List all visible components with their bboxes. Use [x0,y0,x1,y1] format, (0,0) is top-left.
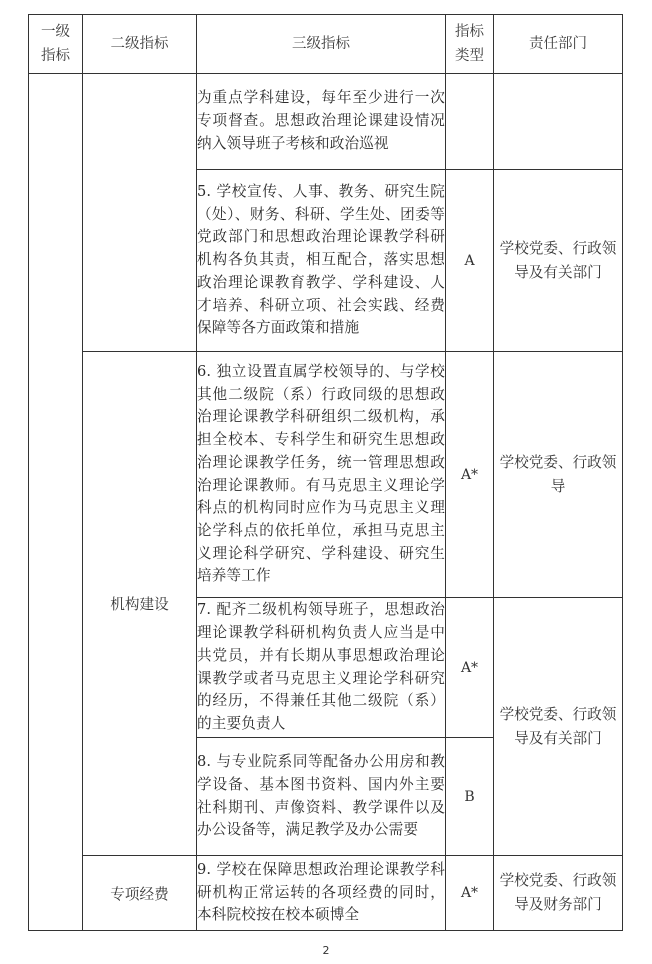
level3-cell: 为重点学科建设，每年至少进行一次专项督查。思想政治理论课建设情况纳入领导班子考核… [197,74,446,170]
header-level2: 二级指标 [83,15,197,74]
table-row: 为重点学科建设，每年至少进行一次专项督查。思想政治理论课建设情况纳入领导班子考核… [29,74,623,170]
dept-cell [494,74,623,170]
level3-cell: 9. 学校在保障思想政治理论课教学科研机构正常运转的各项经费的同时，本科院校按在… [197,856,446,931]
table-row: 专项经费 9. 学校在保障思想政治理论课教学科研机构正常运转的各项经费的同时，本… [29,856,623,931]
level3-cell: 5. 学校宣传、人事、教务、研究生院（处）、财务、科研、学生处、团委等党政部门和… [197,170,446,352]
level1-cell [29,74,83,931]
level2-cell-empty [83,74,197,352]
type-cell [446,74,494,170]
level2-cell: 机构建设 [83,352,197,856]
table-row: 机构建设 6. 独立设置直属学校领导的、与学校其他二级院（系）行政同级的思想政治… [29,352,623,598]
type-cell: A* [446,352,494,598]
indicator-table: 一级 指标 二级指标 三级指标 指标 类型 责任部门 为重点学科建设，每年至少进… [28,14,623,931]
header-level1-line1: 一级 [29,20,82,44]
dept-cell: 学校党委、行政领导及有关部门 [494,170,623,352]
header-type: 指标 类型 [446,15,494,74]
header-dept: 责任部门 [494,15,623,74]
type-cell: A* [446,598,494,738]
dept-cell: 学校党委、行政领导及财务部门 [494,856,623,931]
type-cell: A [446,170,494,352]
header-row: 一级 指标 二级指标 三级指标 指标 类型 责任部门 [29,15,623,74]
header-level3: 三级指标 [197,15,446,74]
header-level1: 一级 指标 [29,15,83,74]
level2-cell: 专项经费 [83,856,197,931]
page-number: 2 [0,944,652,957]
level3-cell: 8. 与专业院系同等配备办公用房和教学设备、基本图书资料、国内外主要社科期刊、声… [197,738,446,856]
level3-cell: 7. 配齐二级机构领导班子，思想政治理论课教学科研机构负责人应当是中共党员，并有… [197,598,446,738]
type-cell: B [446,738,494,856]
header-type-line1: 指标 [446,20,493,44]
header-level1-line2: 指标 [29,44,82,68]
type-cell: A* [446,856,494,931]
header-type-line2: 类型 [446,44,493,68]
level3-cell: 6. 独立设置直属学校领导的、与学校其他二级院（系）行政同级的思想政治理论课教学… [197,352,446,598]
dept-cell: 学校党委、行政领导 [494,352,623,598]
dept-cell: 学校党委、行政领导及有关部门 [494,598,623,856]
